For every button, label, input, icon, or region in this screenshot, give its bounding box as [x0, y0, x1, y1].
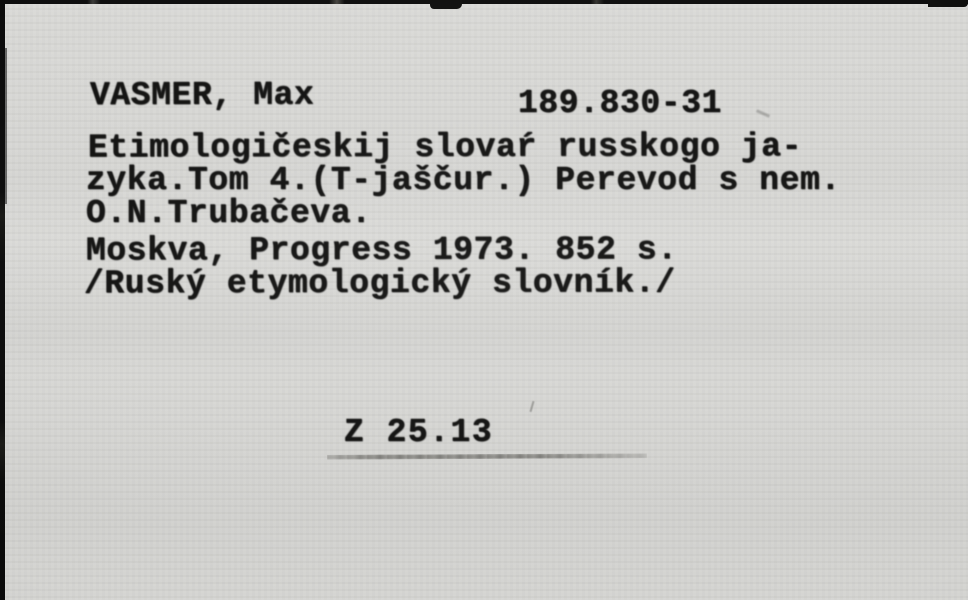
- scan-edge-top: [0, 0, 968, 4]
- title-line: Etimologičeskij slovaŕ russkogo ja-: [88, 130, 802, 164]
- ink-smudge: [756, 109, 770, 117]
- imprint-line: Moskva, Progress 1973. 852 s.: [86, 233, 678, 267]
- scan-edge-top-notch: [430, 0, 462, 9]
- scan-edge-top-right: [928, 0, 968, 7]
- scan-edge-left: [0, 0, 5, 600]
- shelf-number: 189.830-31: [518, 87, 722, 120]
- translator-line: O.N.Trubačeva.: [86, 197, 372, 230]
- annotation-line: /Ruský etymologický slovník./: [84, 266, 676, 300]
- author-heading: VASMER, Max: [90, 79, 315, 113]
- title-line: zyka.Tom 4.(T-jaščur.) Perevod s nem.: [86, 164, 841, 197]
- pencil-underline: [327, 453, 647, 459]
- pencil-tick-mark: [530, 401, 535, 412]
- catalog-card-scan: VASMER, Max 189.830-31 Etimologičeskij s…: [0, 0, 968, 600]
- call-number: Z 25.13: [344, 416, 493, 449]
